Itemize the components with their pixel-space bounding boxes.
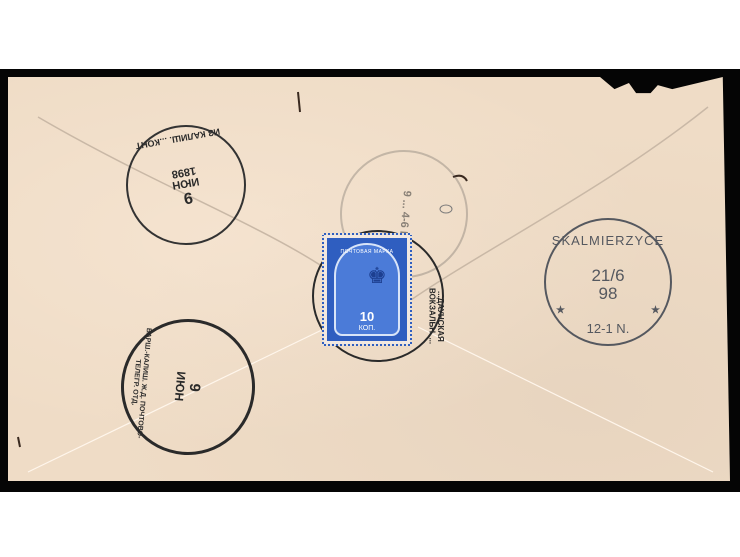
postmark-time: 12-1 N. xyxy=(587,322,630,336)
postmark-year: 98 xyxy=(599,285,618,303)
postmark-star-icon: ★★ xyxy=(556,306,660,317)
postmark-date: 21/6 xyxy=(591,267,624,285)
postmark-arc-text: ...ДАУНСКАЯ ВОКЗАЛЬН. ... xyxy=(427,272,444,360)
postmark-skalmierzyce: SKALMIERZYCE 21/6 98 ★★ 12-1 N. xyxy=(544,218,672,346)
stamp-unit: КОП. xyxy=(336,325,398,332)
stamp-value: 10 xyxy=(336,309,398,324)
postmark-month: ИЮН xyxy=(173,371,188,402)
postmark-text: 9 ... 4-6 К xyxy=(396,190,412,238)
double-headed-eagle-icon: ♚ xyxy=(362,261,392,291)
postmark-arc-text: SKALMIERZYCE xyxy=(552,234,664,248)
stamp-top-text: ПОЧТОВАЯ МАРКА xyxy=(336,249,398,255)
postmark-day: 9 xyxy=(186,383,202,393)
postmark-day: 9 xyxy=(182,187,194,205)
stamp-frame: ПОЧТОВАЯ МАРКА ♚ 10 КОП. xyxy=(334,243,400,336)
postage-stamp-10-kop: ПОЧТОВАЯ МАРКА ♚ 10 КОП. xyxy=(322,233,412,346)
